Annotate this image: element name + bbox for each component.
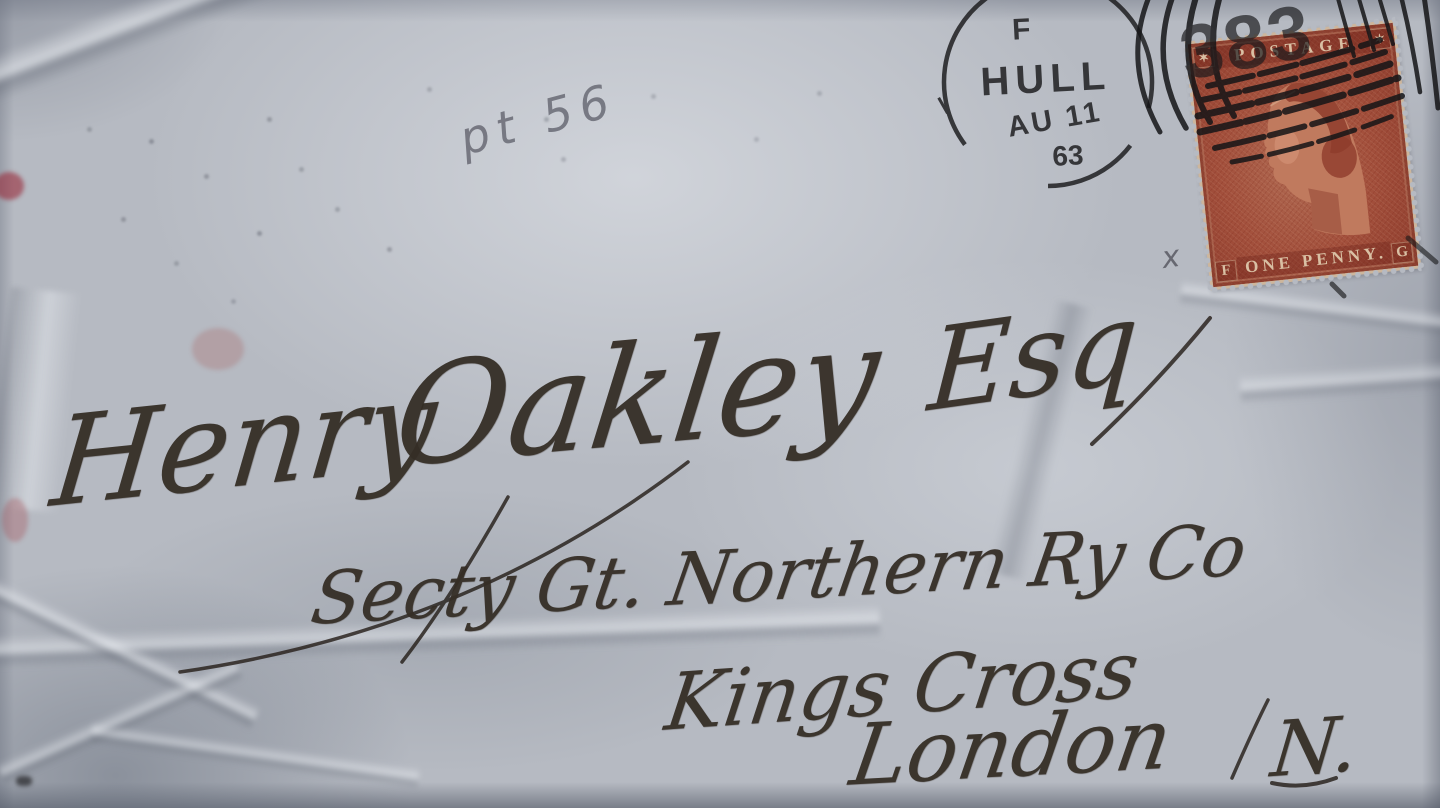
duplex-arc-right-2 <box>1424 0 1438 108</box>
red-speckle-near-name <box>192 328 244 370</box>
address-city: London <box>844 689 1178 805</box>
address-line2: Secty Gt. Northern Ry Co <box>306 507 1252 641</box>
crease-top-left <box>0 0 287 113</box>
crease-bottom-left-3 <box>90 722 420 790</box>
address-surname: Oakley <box>387 294 888 499</box>
stray-ink-speck <box>1332 284 1344 296</box>
red-stain-left-edge <box>0 172 24 200</box>
envelope-scan: POSTAGE ✶ ✶ F ONE PENNY. G F HULL AU 11 … <box>0 0 1440 808</box>
penny-red-stamp: POSTAGE ✶ ✶ F ONE PENNY. G <box>1185 20 1422 291</box>
crease-bottom-left-2 <box>0 658 244 786</box>
postmark-year: 63 <box>1052 139 1085 172</box>
postmark-date: AU 11 <box>1005 96 1105 144</box>
crease-right-mid <box>1239 345 1440 404</box>
stamp-check-letter-g: G <box>1391 241 1414 264</box>
pencil-x-mark: x <box>1160 239 1182 276</box>
crease-bottom-left-1 <box>0 576 261 731</box>
stamp-corner-star-icon: ✶ <box>1192 46 1215 69</box>
paper-dent-specks <box>0 0 3 3</box>
duplex-arc-left-1 <box>1138 0 1160 132</box>
pencil-note: pt 56 <box>454 72 623 166</box>
red-stain-left-lower <box>2 498 28 542</box>
ink-smudge-bottom-left-edge <box>16 776 32 786</box>
duplex-arc-left-2 <box>1163 0 1186 128</box>
address-honorific: Esq <box>924 276 1142 438</box>
queen-victoria-portrait <box>1204 48 1400 267</box>
stamp-check-letter-f: F <box>1215 260 1238 283</box>
postmark-town: HULL <box>979 54 1112 105</box>
address-first-name: Henry <box>45 351 442 536</box>
postmark-index-letter: F <box>1011 13 1031 47</box>
hull-datestamp: F HULL AU 11 63 <box>896 0 1199 234</box>
stamp-corner-star-icon: ✶ <box>1368 27 1391 50</box>
postmark-nick <box>939 97 948 113</box>
flourish-london <box>1232 700 1268 778</box>
stamp-printed-area: POSTAGE ✶ ✶ F ONE PENNY. G <box>1188 23 1418 287</box>
address-district: N. <box>1267 699 1362 795</box>
postmark-circle <box>902 0 1193 228</box>
